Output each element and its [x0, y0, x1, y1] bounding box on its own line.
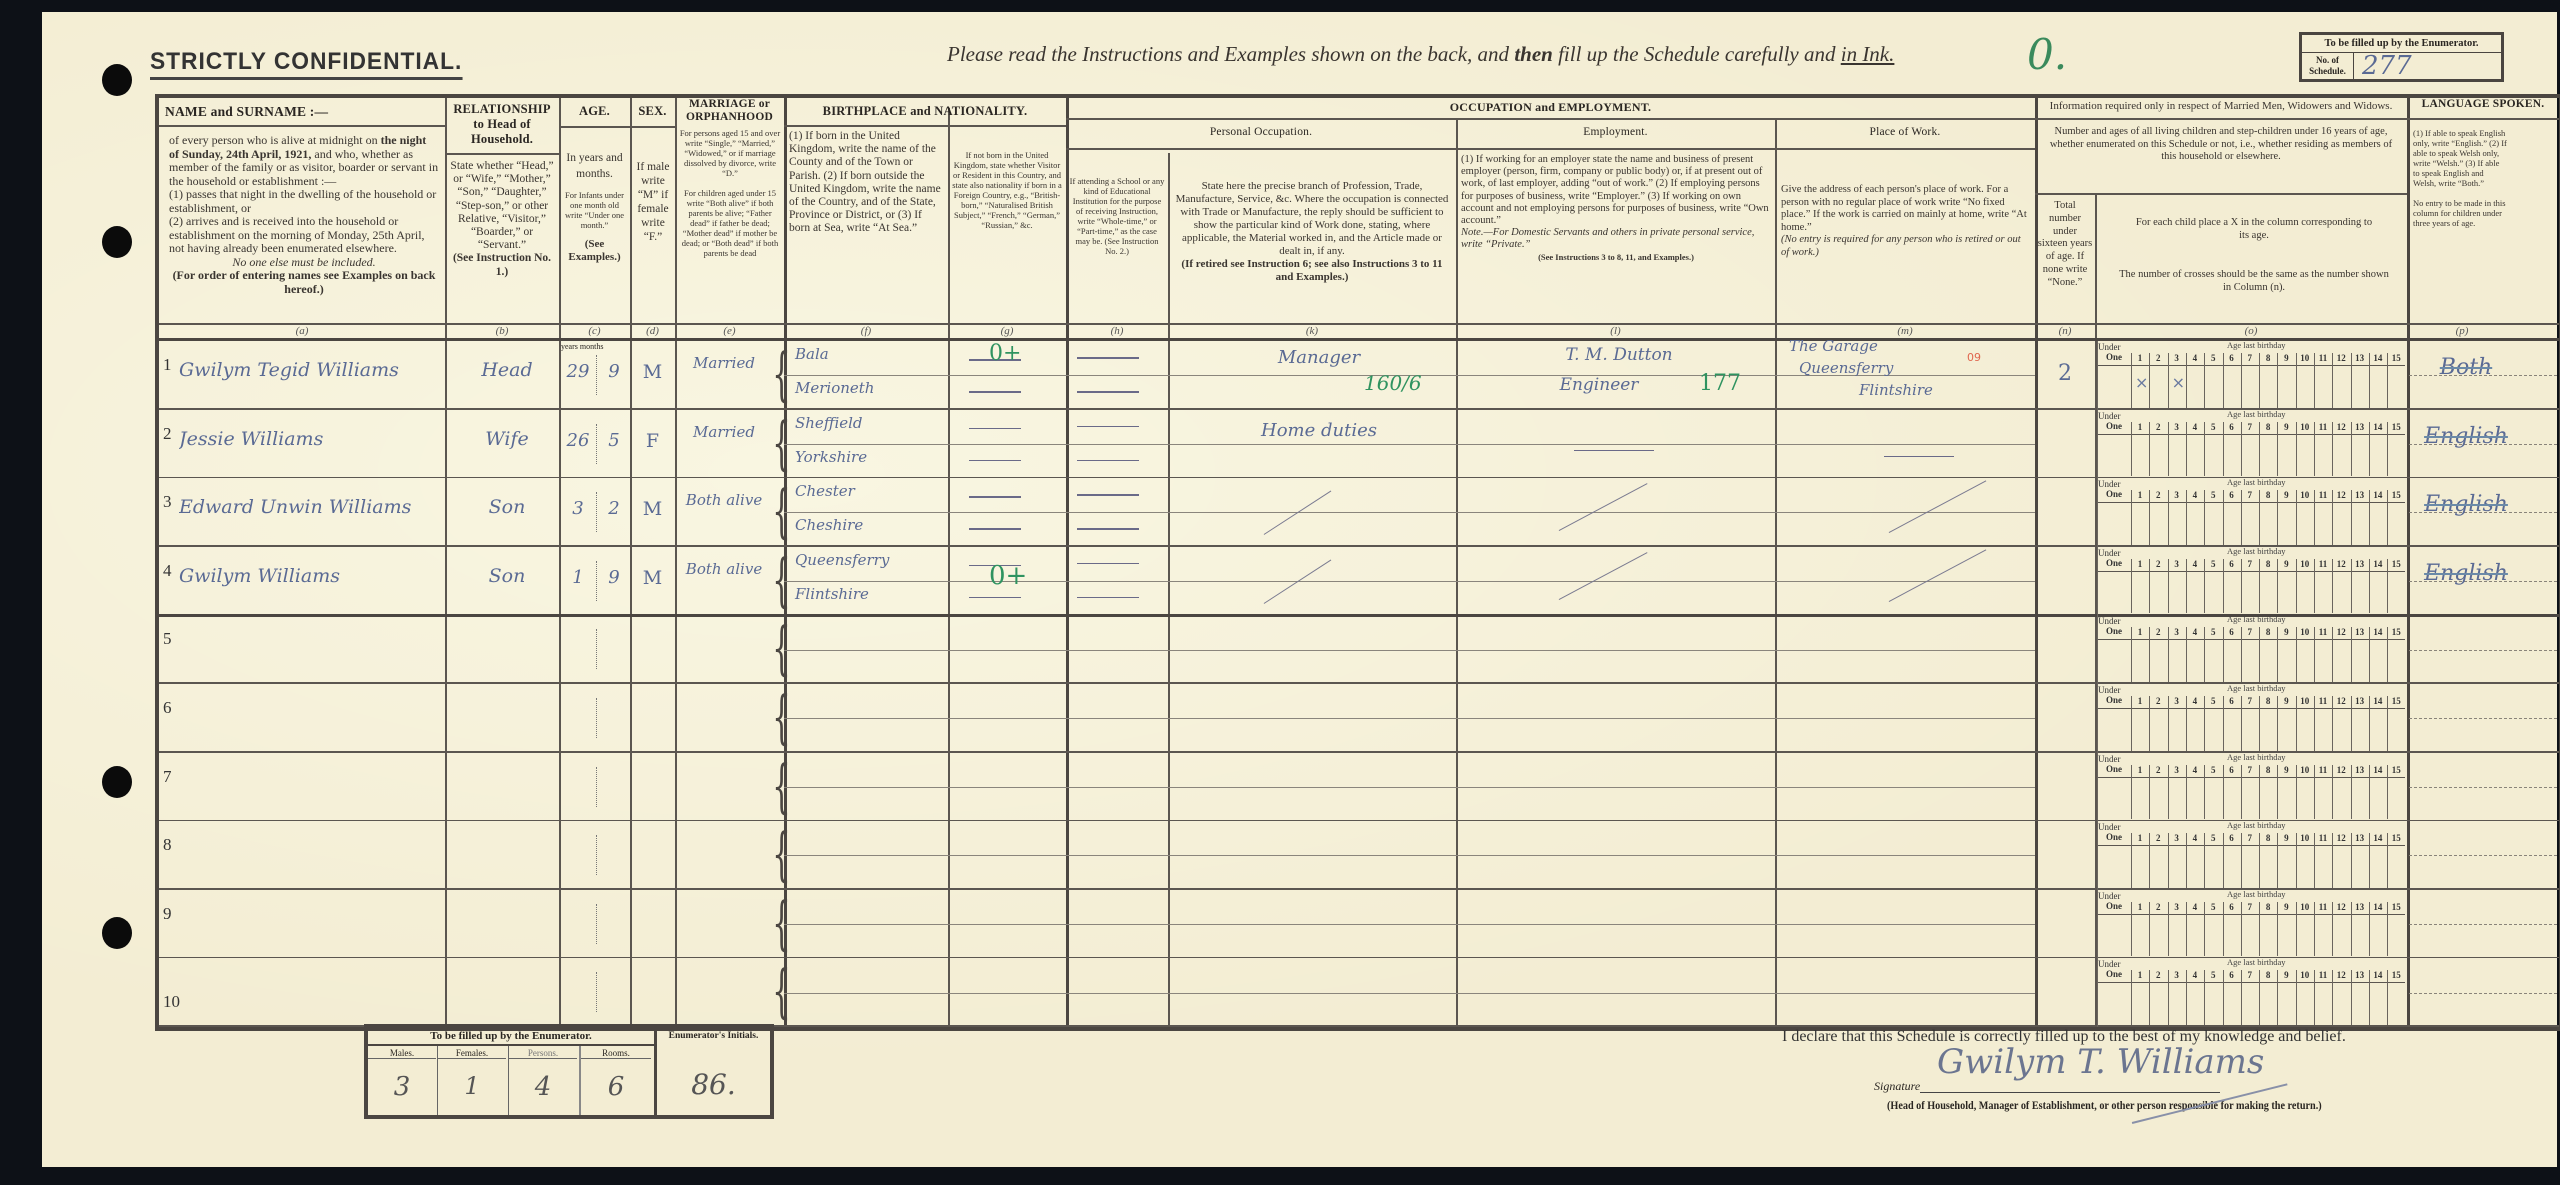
- sex-cell[interactable]: M: [630, 567, 675, 589]
- sex-cell[interactable]: M: [630, 498, 675, 520]
- row-number: 2: [163, 424, 172, 444]
- language-cell[interactable]: English: [2411, 492, 2521, 517]
- row-number: 8: [163, 835, 172, 855]
- col-b-letter: (b): [445, 325, 559, 337]
- punch-hole: [102, 64, 132, 96]
- marriage-cell[interactable]: Married: [679, 353, 769, 373]
- language-cell[interactable]: English: [2411, 424, 2521, 449]
- marriage-cell[interactable]: Married: [679, 422, 769, 442]
- females-value: 1: [438, 1072, 506, 1100]
- col-d-letter: (d): [630, 325, 675, 337]
- col-g-instructions: If not born in the United Kingdom, state…: [951, 150, 1063, 230]
- birthplace-county-cell[interactable]: Flintshire: [795, 585, 945, 603]
- signature: Gwilym T. Williams: [1937, 1042, 2264, 1082]
- col-b-title: RELATIONSHIP to Head of Household.: [449, 102, 555, 147]
- brace: {: [772, 894, 790, 952]
- name-cell[interactable]: Gwilym Williams: [179, 565, 445, 587]
- personal-occupation-title: Personal Occupation.: [1066, 126, 1456, 138]
- nationality-mark: 0+: [989, 341, 1021, 366]
- col-k-letter: (k): [1168, 325, 1456, 337]
- employer-name-cell[interactable]: T. M. Dutton: [1499, 345, 1739, 365]
- col-f-letter: (f): [784, 325, 948, 337]
- occupation-code: 160/6: [1364, 371, 1422, 395]
- table-row: 10{UnderOneAge last birthday123456789101…: [159, 958, 2559, 1027]
- enumerator-initials-title: Enumerator's Initials.: [657, 1031, 770, 1041]
- col-c-title: AGE.: [559, 104, 630, 119]
- col-p-instructions: (1) If able to speak English only, write…: [2413, 128, 2507, 228]
- age-years-cell[interactable]: 3: [561, 498, 595, 519]
- brace: {: [772, 551, 790, 609]
- relationship-cell[interactable]: Head: [459, 359, 555, 381]
- birthplace-county-cell[interactable]: Cheshire: [795, 516, 945, 534]
- employer-code: 177: [1699, 371, 1741, 396]
- occupation-cell[interactable]: Home duties: [1189, 420, 1449, 441]
- table-row: 5{UnderOneAge last birthday1234567891011…: [159, 615, 2559, 684]
- punch-hole: [102, 766, 132, 798]
- col-a-instructions: of every person who is alive at midnight…: [169, 134, 439, 296]
- brace: {: [772, 825, 790, 883]
- row-number: 3: [163, 492, 172, 512]
- children-total-cell[interactable]: 2: [2035, 361, 2095, 386]
- col-m-instructions: Give the address of each person's place …: [1781, 184, 2031, 259]
- females-label: Females.: [438, 1048, 506, 1059]
- col-d-instructions: If male write “M” if female write “F.”: [633, 160, 673, 244]
- col-no-title: Information required only in respect of …: [2039, 100, 2403, 113]
- col-b-instructions: State whether “Head,” or “Wife,” “Mother…: [449, 160, 555, 279]
- birthplace-county-cell[interactable]: Merioneth: [795, 379, 945, 397]
- relationship-cell[interactable]: Son: [459, 496, 555, 518]
- col-k-instructions: State here the precise branch of Profess…: [1173, 180, 1451, 284]
- col-o-letter: (o): [2095, 325, 2407, 337]
- age-months-cell[interactable]: 9: [598, 567, 630, 588]
- col-m-title: Place of Work.: [1775, 126, 2035, 138]
- brace: {: [772, 962, 790, 1020]
- col-p-title: LANGUAGE SPOKEN.: [2409, 98, 2557, 111]
- table-row: 9{UnderOneAge last birthday1234567891011…: [159, 890, 2559, 959]
- col-e-instructions: For persons aged 15 and over write “Sing…: [678, 128, 782, 258]
- col-occupation-title: OCCUPATION and EMPLOYMENT.: [1066, 100, 2035, 115]
- signature-line: [1920, 1092, 2220, 1093]
- table-grid: NAME and SURNAME :— of every person who …: [159, 98, 2559, 1027]
- name-cell[interactable]: Gwilym Tegid Williams: [179, 359, 445, 381]
- name-cell[interactable]: Jessie Williams: [179, 428, 445, 450]
- marriage-cell[interactable]: Both alive: [679, 559, 769, 579]
- brace: {: [772, 345, 790, 403]
- age-grid: UnderOneAge last birthday123456789101112…: [2097, 410, 2407, 479]
- rooms-value: 6: [581, 1072, 651, 1102]
- col-l-letter: (l): [1456, 325, 1775, 337]
- table-row: 2Jessie WilliamsWife265FMarried{Sheffiel…: [159, 410, 2559, 479]
- brace: {: [772, 619, 790, 677]
- child-age-cross: ×: [2172, 373, 2185, 392]
- col-f-instructions: (1) If born in the United Kingdom, write…: [789, 130, 944, 236]
- schedule-number-value: 277: [2362, 51, 2412, 81]
- males-label: Males.: [368, 1048, 436, 1059]
- birthplace-town-cell[interactable]: Bala: [795, 345, 945, 363]
- marriage-cell[interactable]: Both alive: [679, 490, 769, 510]
- name-cell[interactable]: Edward Unwin Williams: [179, 496, 445, 518]
- row-number: 6: [163, 698, 172, 718]
- punch-hole: [102, 226, 132, 258]
- confidential-title: STRICTLY CONFIDENTIAL.: [150, 48, 462, 80]
- enumerator-box-title: To be filled up by the Enumerator.: [368, 1029, 654, 1046]
- child-age-cross: ×: [2135, 373, 2148, 392]
- males-value: 3: [368, 1072, 436, 1102]
- row-number: 10: [163, 992, 180, 1012]
- signature-note: (Head of Household, Manager of Establish…: [1887, 1098, 2322, 1113]
- persons-label: Persons.: [509, 1048, 577, 1059]
- col-o-instruction-2: The number of crosses should be the same…: [2119, 268, 2389, 294]
- birthplace-town-cell[interactable]: Sheffield: [795, 414, 945, 432]
- row-number: 9: [163, 904, 172, 924]
- age-years-cell[interactable]: 26: [561, 430, 595, 451]
- age-grid: UnderOneAge last birthday123456789101112…: [2097, 753, 2407, 822]
- col-p-letter: (p): [2407, 325, 2517, 337]
- occupation-cell[interactable]: Manager: [1189, 347, 1449, 368]
- col-l-title: Employment.: [1456, 126, 1775, 138]
- language-cell[interactable]: English: [2411, 561, 2521, 586]
- green-annotation: 0.: [2027, 30, 2067, 79]
- age-grid: UnderOneAge last birthday123456789101112…: [2097, 958, 2407, 1027]
- birthplace-town-cell[interactable]: Queensferry: [795, 551, 945, 569]
- age-months-cell[interactable]: 5: [598, 430, 630, 451]
- age-grid: UnderOneAge last birthday123456789101112…: [2097, 821, 2407, 890]
- table-row: 3Edward Unwin WilliamsSon32MBoth alive{C…: [159, 478, 2559, 547]
- col-d-title: SEX.: [630, 104, 675, 119]
- age-grid: UnderOneAge last birthday123456789101112…: [2097, 478, 2407, 547]
- col-n-letter: (n): [2035, 325, 2095, 337]
- row-number: 5: [163, 629, 172, 649]
- employer-business-cell[interactable]: Engineer: [1509, 375, 1689, 395]
- col-h-instructions: If attending a School or any kind of Edu…: [1069, 176, 1165, 256]
- col-e-title: MARRIAGE or ORPHANHOOD: [677, 98, 782, 124]
- brace: {: [772, 414, 790, 472]
- signature-label: Signature: [1874, 1079, 1920, 1094]
- persons-value: 4: [509, 1072, 577, 1102]
- row-number: 4: [163, 561, 172, 581]
- col-c-letter: (c): [559, 325, 630, 337]
- col-n-instructions: Total number under sixteen years of age.…: [2037, 200, 2093, 290]
- schedule-number-box: To be filled up by the Enumerator. No. o…: [2299, 32, 2504, 82]
- sex-cell[interactable]: M: [630, 361, 675, 383]
- rooms-label: Rooms.: [581, 1048, 651, 1059]
- table-row: 4Gwilym WilliamsSon19MBoth alive{Queensf…: [159, 547, 2559, 616]
- col-o-instruction-1: For each child place a X in the column c…: [2134, 216, 2374, 242]
- schedule-number-label: No. of Schedule.: [2302, 53, 2354, 79]
- brace: {: [772, 482, 790, 540]
- row-number: 7: [163, 767, 172, 787]
- language-cell[interactable]: Both: [2411, 355, 2521, 380]
- census-schedule-page: STRICTLY CONFIDENTIAL. Please read the I…: [42, 12, 2557, 1167]
- col-g-letter: (g): [948, 325, 1066, 337]
- table-row: 8{UnderOneAge last birthday1234567891011…: [159, 821, 2559, 890]
- workplace-line1[interactable]: The Garage: [1789, 337, 1949, 355]
- age-grid: UnderOneAge last birthday123456789101112…: [2097, 890, 2407, 959]
- workplace-code: 09: [1967, 351, 1981, 364]
- relationship-cell[interactable]: Son: [459, 565, 555, 587]
- col-e-letter: (e): [675, 325, 784, 337]
- age-years-cell[interactable]: 1: [561, 567, 595, 588]
- enumerator-initials-value: 86.: [657, 1068, 770, 1101]
- row-number: 1: [163, 355, 172, 375]
- workplace-line3[interactable]: Flintshire: [1859, 381, 2019, 399]
- age-grid: UnderOneAge last birthday123456789101112…: [2097, 547, 2407, 616]
- brace: {: [772, 757, 790, 815]
- workplace-line2[interactable]: Queensferry: [1799, 359, 1959, 377]
- relationship-cell[interactable]: Wife: [459, 428, 555, 450]
- table-row: 6{UnderOneAge last birthday1234567891011…: [159, 684, 2559, 753]
- col-no-subtitle: Number and ages of all living children a…: [2045, 126, 2397, 164]
- instructions-line: Please read the Instructions and Example…: [947, 42, 1894, 67]
- punch-hole: [102, 917, 132, 949]
- col-m-letter: (m): [1775, 325, 2035, 337]
- birthplace-town-cell[interactable]: Chester: [795, 482, 945, 500]
- age-months-cell[interactable]: 2: [598, 498, 630, 519]
- col-fg-title: BIRTHPLACE and NATIONALITY.: [784, 104, 1066, 119]
- table-row: 1Gwilym Tegid WilliamsHeadyears months29…: [159, 341, 2559, 410]
- age-years-cell[interactable]: 29: [561, 361, 595, 382]
- age-grid: UnderOneAge last birthday123456789101112…: [2097, 615, 2407, 684]
- nationality-mark: 0+: [989, 561, 1027, 591]
- col-l-instructions: (1) If working for an employer state the…: [1461, 154, 1771, 262]
- col-c-instructions: In years and months. For Infants under o…: [561, 150, 628, 264]
- col-a-letter: (a): [159, 325, 445, 337]
- table-row: 7{UnderOneAge last birthday1234567891011…: [159, 753, 2559, 822]
- brace: {: [772, 688, 790, 746]
- age-subheader: years months: [561, 342, 629, 352]
- col-a-title: NAME and SURNAME :—: [165, 104, 365, 120]
- age-grid: UnderOneAge last birthday123456789101112…: [2097, 684, 2407, 753]
- birthplace-county-cell[interactable]: Yorkshire: [795, 448, 945, 466]
- col-h-letter: (h): [1066, 325, 1168, 337]
- age-grid: UnderOneAge last birthday1×23×4567891011…: [2097, 341, 2407, 410]
- enumerator-summary-box: To be filled up by the Enumerator. Enume…: [364, 1024, 774, 1119]
- sex-cell[interactable]: F: [630, 430, 675, 452]
- age-months-cell[interactable]: 9: [598, 361, 630, 382]
